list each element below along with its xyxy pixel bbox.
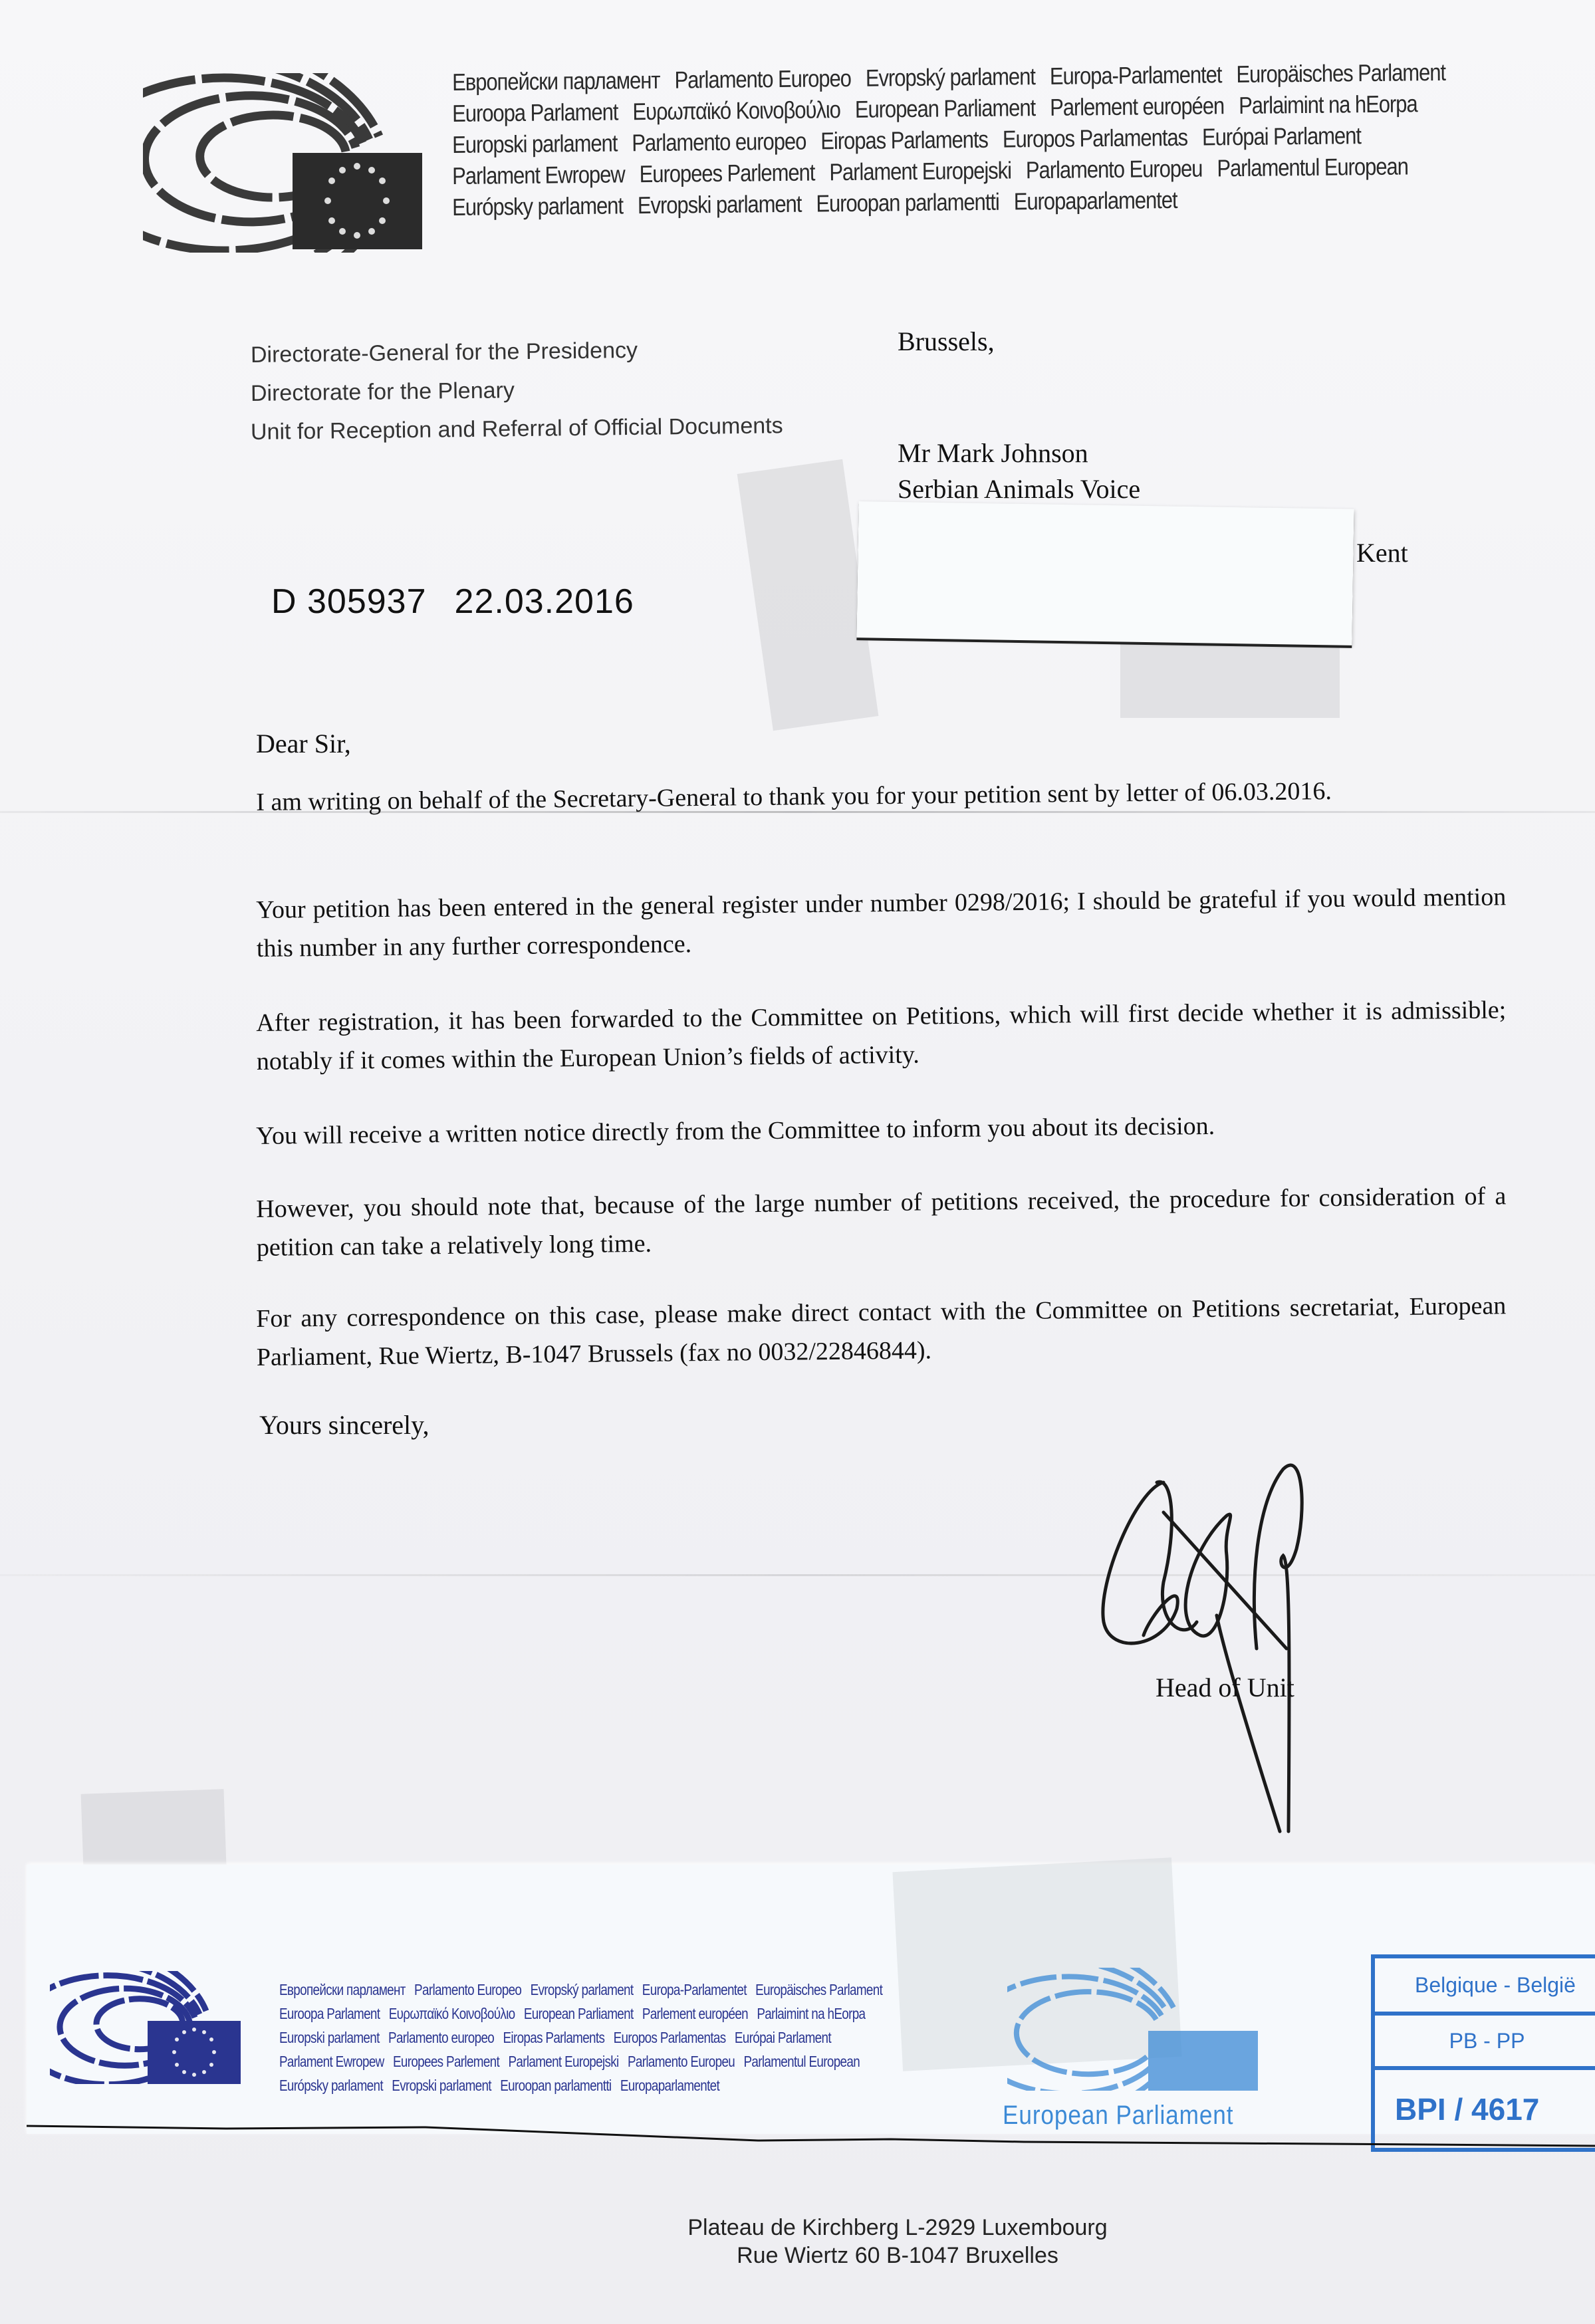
signatory-title: Head of Unit: [1156, 1672, 1294, 1703]
sender-line: Directorate-General for the Presidency: [251, 329, 783, 374]
postage-country: Belgique - België: [1375, 1958, 1595, 2016]
salutation: Dear Sir,: [256, 728, 351, 759]
recipient-organisation: Serbian Animals Voice: [898, 471, 1140, 507]
reference: D 30593722.03.2016: [271, 582, 662, 622]
language-line: Euroopa Parlament Ευρωπαϊκό Κοινοβούλιο …: [279, 2002, 882, 2026]
sender-department: Directorate-General for the Presidency D…: [251, 336, 783, 451]
postage-type: PB - PP: [1375, 2016, 1595, 2070]
envelope-brand-logo-icon: [1007, 1968, 1260, 2091]
sender-line: Unit for Reception and Referral of Offic…: [251, 406, 783, 451]
recipient-county: Kent: [1356, 537, 1408, 568]
letterhead-languages: Европейски парламент Parlamento Europeo …: [452, 66, 1595, 223]
signature-icon: [1084, 1449, 1323, 1838]
recipient-address: Mr Mark Johnson Serbian Animals Voice: [898, 435, 1140, 507]
redaction-label: [856, 501, 1354, 645]
paragraph: After registration, it has been forwarde…: [256, 990, 1507, 1081]
language-line: Европейски парламент Parlamento Europeo …: [279, 1978, 882, 2002]
footer-address: Plateau de Kirchberg L-2929 Luxembourg R…: [632, 2214, 1164, 2269]
parliament-logo-icon: [143, 73, 435, 253]
reference-date: 22.03.2016: [455, 582, 634, 621]
sender-line: Directorate for the Plenary: [251, 368, 783, 413]
language-line: Európsky parlament Evropski parlament Eu…: [279, 2073, 882, 2097]
reference-number: D 305937: [271, 582, 427, 621]
closing: Yours sincerely,: [259, 1409, 429, 1441]
paragraph: However, you should note that, because o…: [256, 1177, 1507, 1267]
paragraph: For any correspondence on this case, ple…: [256, 1286, 1507, 1377]
footer-address-line: Plateau de Kirchberg L-2929 Luxembourg: [632, 2214, 1164, 2242]
recipient-name: Mr Mark Johnson: [898, 435, 1140, 471]
torn-edge: [27, 2121, 1595, 2147]
language-line: Parlament Ewropew Europees Parlement Par…: [279, 2049, 882, 2073]
envelope-logo-icon: [50, 1971, 249, 2084]
fold-line: [0, 1574, 1595, 1576]
paragraph: Your petition has been entered in the ge…: [256, 877, 1507, 968]
footer-address-line: Rue Wiertz 60 B-1047 Bruxelles: [632, 2242, 1164, 2269]
envelope-languages: Европейски парламент Parlamento Europeo …: [279, 1978, 1015, 2097]
language-line: Europski parlament Parlamento europeo Ei…: [279, 2026, 882, 2049]
place: Brussels,: [898, 326, 995, 357]
